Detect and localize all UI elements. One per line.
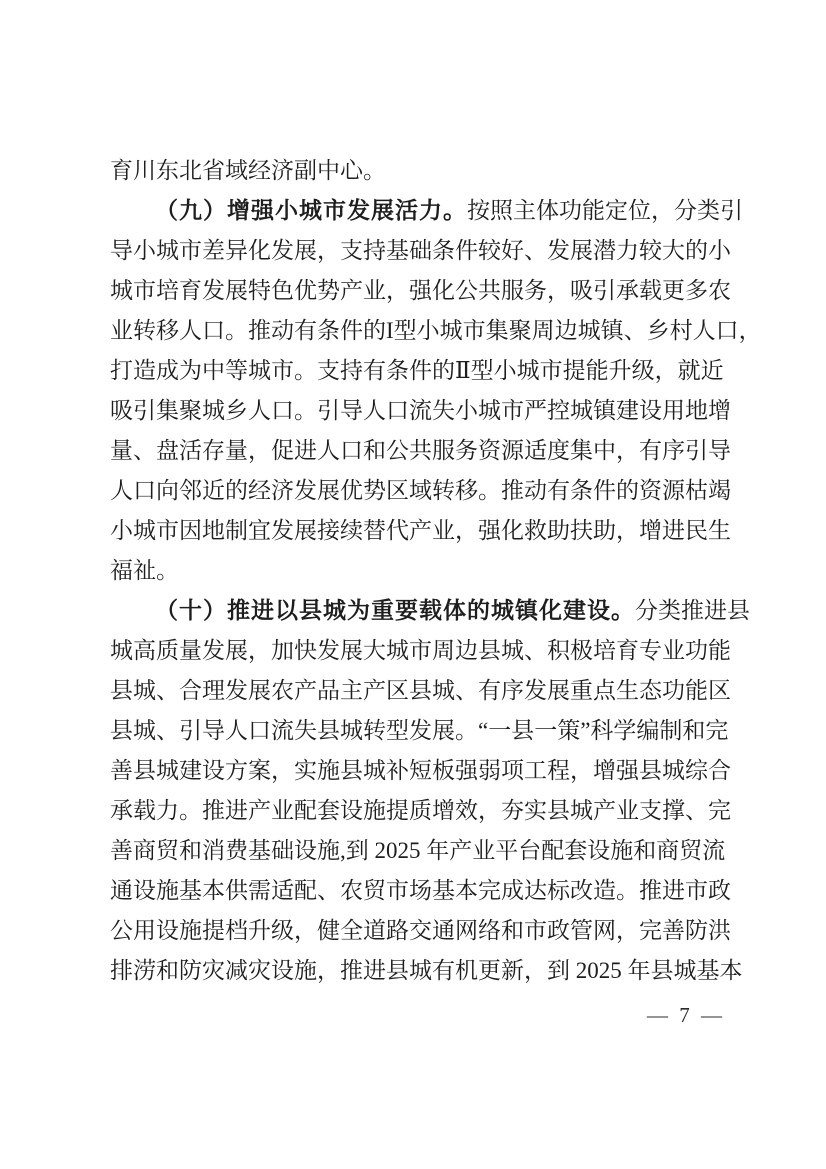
line-text: 县城、引导人口流失县城转型发展。“一县一策”科学编制和完 [110,718,728,743]
line-text: 人口向邻近的经济发展优势区域转移。推动有条件的资源枯竭 [110,478,731,503]
line-text: 打造成为中等城市。支持有条件的Ⅱ型小城市提能升级，就近 [110,358,724,383]
line-text: 育川东北省域经济副中心。 [110,158,386,183]
line-text: 城高质量发展，加快发展大城市周边县城、积极培育专业功能 [110,638,731,663]
text-line: 公用设施提档升级，健全道路交通网络和市政管网，完善防洪 [110,911,714,951]
line-text: 分类推进县 [635,598,750,623]
text-block: 育川东北省域经济副中心。 （九）增强小城市发展活力。按照主体功能定位，分类引 导… [110,151,714,991]
line-text: 按照主体功能定位，分类引 [467,198,743,223]
line-text: 善商贸和消费基础设施,到 2025 年产业平台配套设施和商贸流 [110,838,725,863]
line-text: 公用设施提档升级，健全道路交通网络和市政管网，完善防洪 [110,918,731,943]
text-line: 承载力。推进产业配套设施提质增效，夯实县城产业支撑、完 [110,791,714,831]
text-line: 县城、合理发展农产品主产区县城、有序发展重点生态功能区 [110,671,714,711]
line-text: 量、盘活存量，促进人口和公共服务资源适度集中，有序引导 [110,438,731,463]
line-text: 排涝和防灾减灾设施，推进县城有机更新，到 2025 年县城基本 [110,958,743,983]
section-heading-9: （九）增强小城市发展活力。 [155,198,467,223]
text-line: 城高质量发展，加快发展大城市周边县城、积极培育专业功能 [110,631,714,671]
text-line: 育川东北省域经济副中心。 [110,151,714,191]
document-page: 育川东北省域经济副中心。 （九）增强小城市发展活力。按照主体功能定位，分类引 导… [0,0,826,1169]
text-line: 善县城建设方案，实施县城补短板强弱项工程，增强县城综合 [110,751,714,791]
line-text: 福祉。 [110,558,179,583]
text-line: 业转移人口。推动有条件的I型小城市集聚周边城镇、乡村人口， [110,311,714,351]
text-line: 打造成为中等城市。支持有条件的Ⅱ型小城市提能升级，就近 [110,351,714,391]
text-line: 排涝和防灾减灾设施，推进县城有机更新，到 2025 年县城基本 [110,951,714,991]
text-line: 福祉。 [110,551,714,591]
line-text: 通设施基本供需适配、农贸市场基本完成达标改造。推进市政 [110,878,731,903]
line-text: 吸引集聚城乡人口。引导人口流失小城市严控城镇建设用地增 [110,398,731,423]
text-line: （十）推进以县城为重要载体的城镇化建设。分类推进县 [110,591,714,631]
text-line: 城市培育发展特色优势产业，强化公共服务，吸引承载更多农 [110,271,714,311]
line-text: 业转移人口。推动有条件的I型小城市集聚周边城镇、乡村人口， [110,318,762,343]
page-number: — 7 — [647,1001,725,1029]
text-line: 导小城市差异化发展，支持基础条件较好、发展潜力较大的小 [110,231,714,271]
line-text: 县城、合理发展农产品主产区县城、有序发展重点生态功能区 [110,678,731,703]
text-line: 吸引集聚城乡人口。引导人口流失小城市严控城镇建设用地增 [110,391,714,431]
text-line: （九）增强小城市发展活力。按照主体功能定位，分类引 [110,191,714,231]
line-text: 善县城建设方案，实施县城补短板强弱项工程，增强县城综合 [110,758,731,783]
line-text: 导小城市差异化发展，支持基础条件较好、发展潜力较大的小 [110,238,731,263]
line-text: 城市培育发展特色优势产业，强化公共服务，吸引承载更多农 [110,278,731,303]
text-line: 小城市因地制宜发展接续替代产业，强化救助扶助，增进民生 [110,511,714,551]
section-heading-10: （十）推进以县城为重要载体的城镇化建设。 [155,598,635,623]
text-line: 通设施基本供需适配、农贸市场基本完成达标改造。推进市政 [110,871,714,911]
text-line: 善商贸和消费基础设施,到 2025 年产业平台配套设施和商贸流 [110,831,714,871]
line-text: 承载力。推进产业配套设施提质增效，夯实县城产业支撑、完 [110,798,731,823]
line-text: 小城市因地制宜发展接续替代产业，强化救助扶助，增进民生 [110,518,731,543]
text-line: 人口向邻近的经济发展优势区域转移。推动有条件的资源枯竭 [110,471,714,511]
text-line: 县城、引导人口流失县城转型发展。“一县一策”科学编制和完 [110,711,714,751]
text-line: 量、盘活存量，促进人口和公共服务资源适度集中，有序引导 [110,431,714,471]
